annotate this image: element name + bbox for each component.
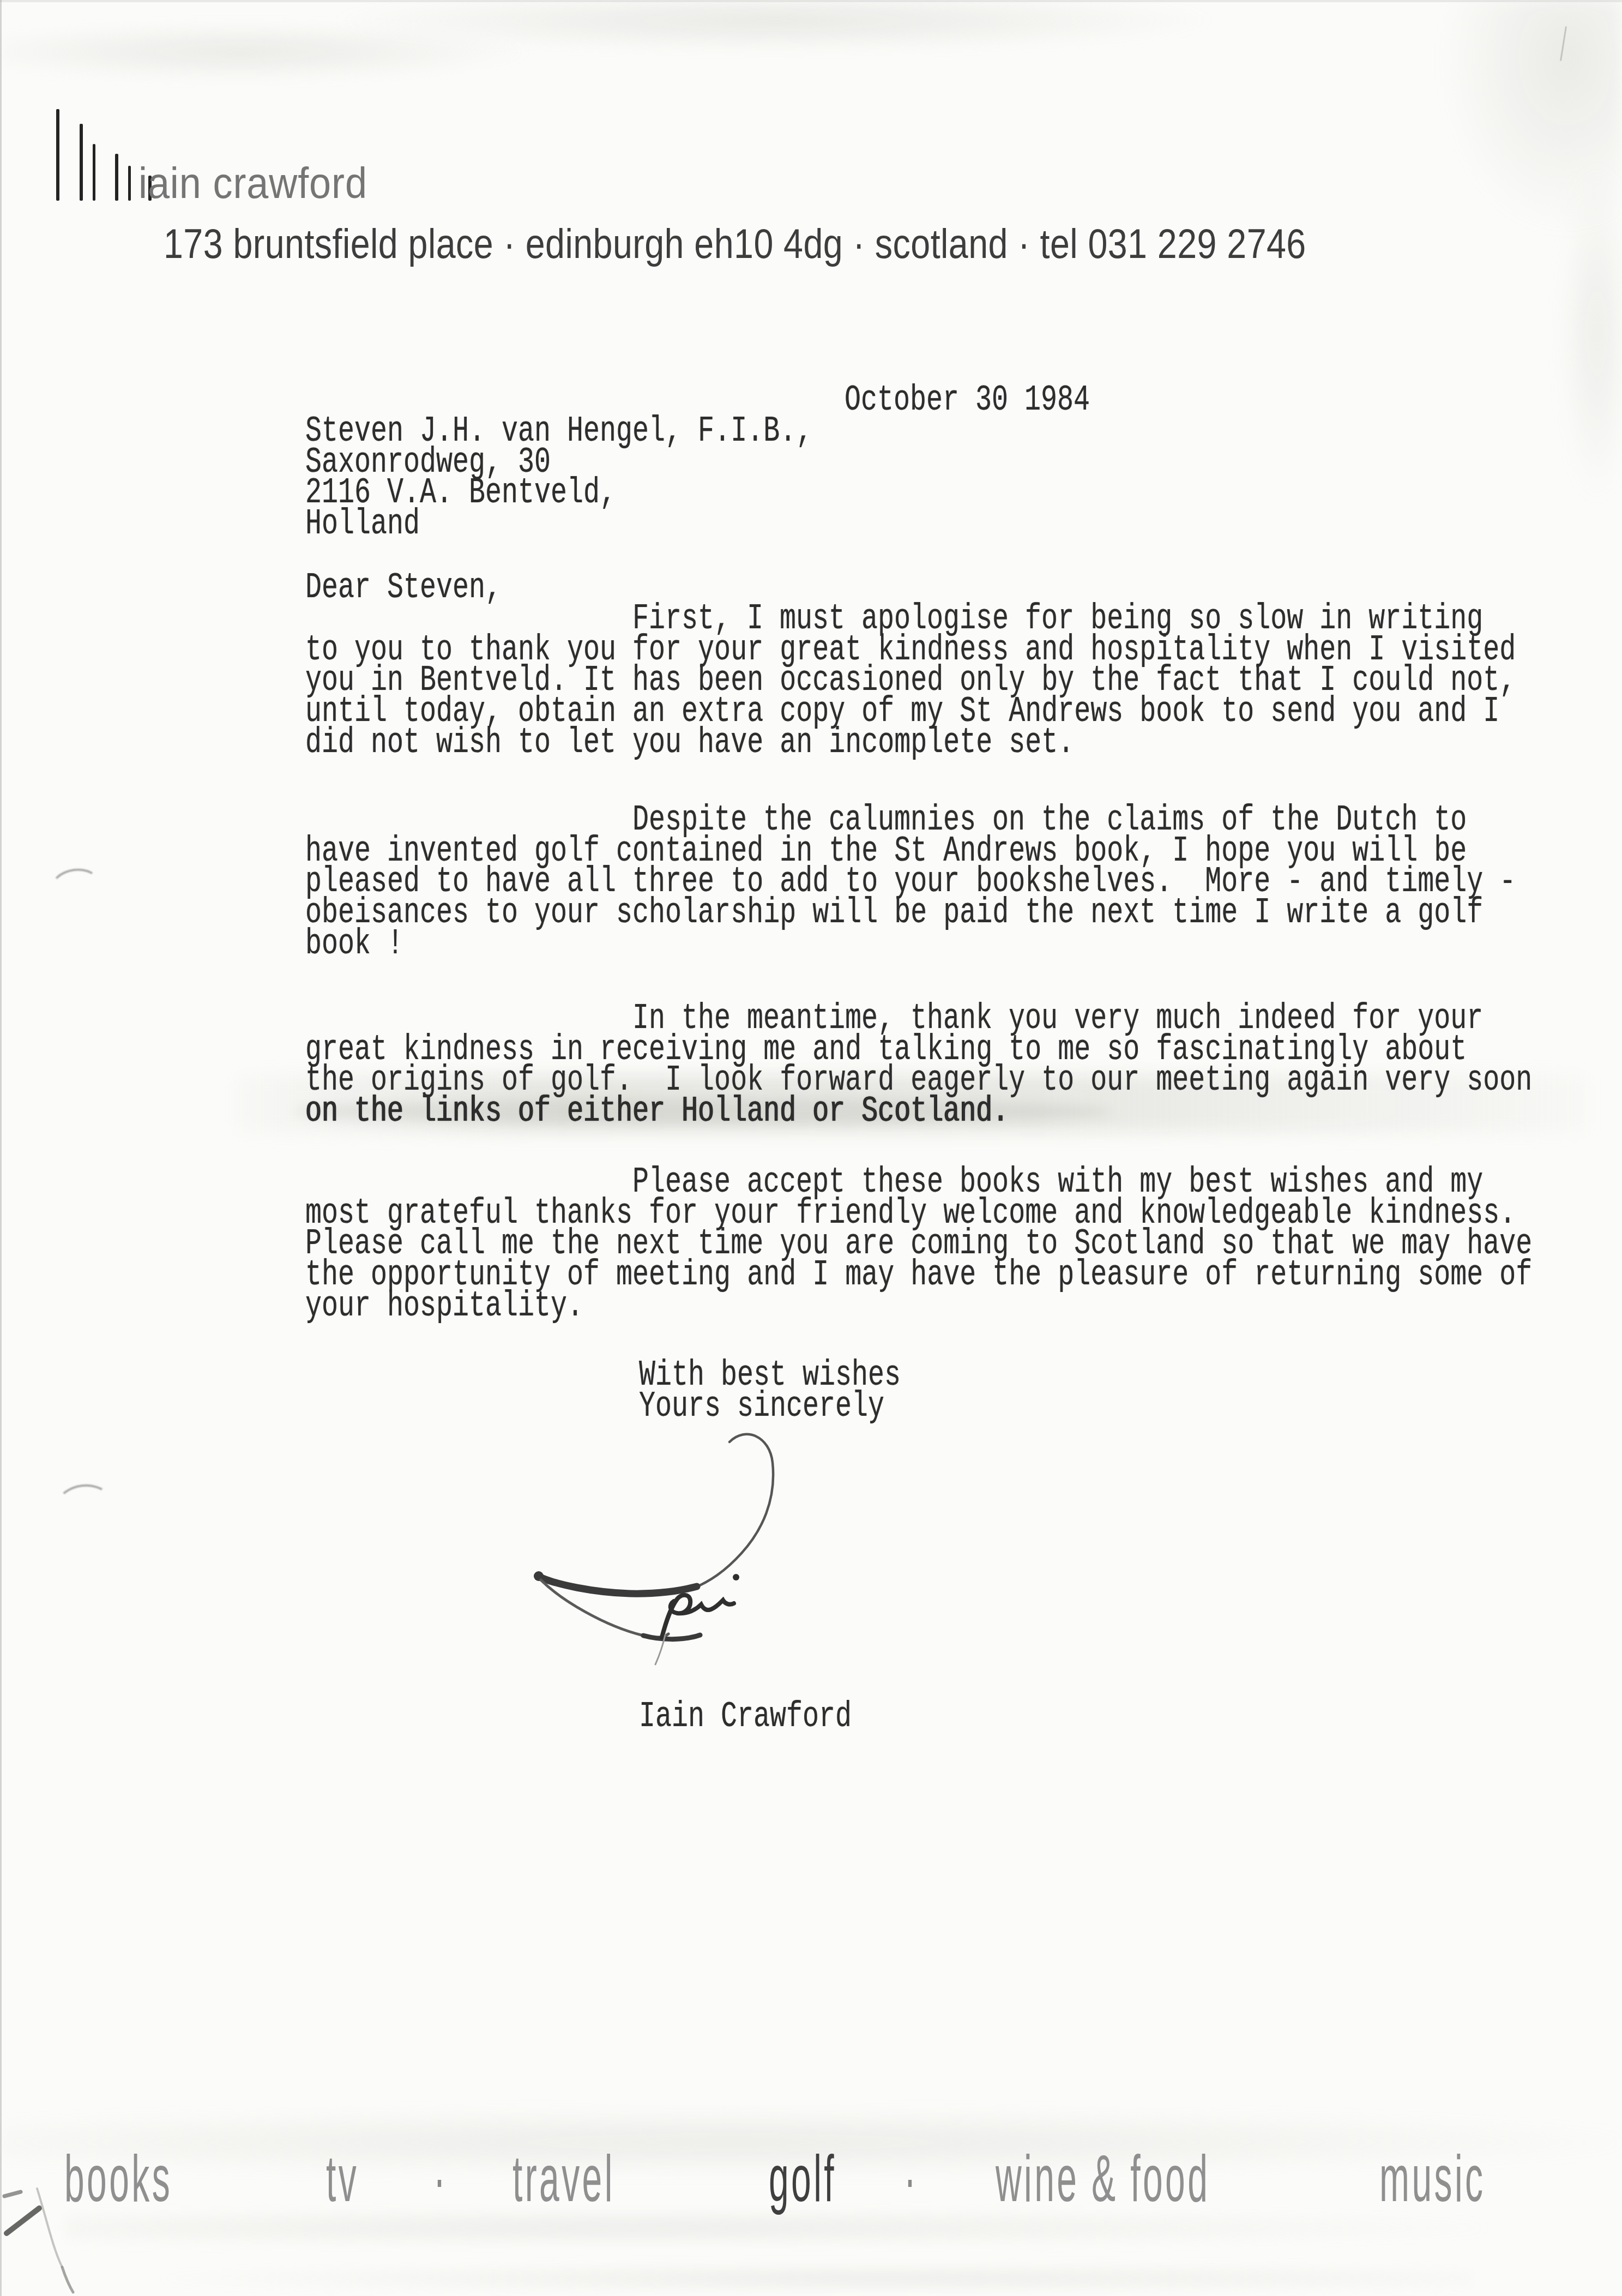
paragraph-4: Please accept these books with my best w…: [305, 1167, 1532, 1322]
footer-item-wine-and-food: wine & food: [996, 2146, 1210, 2211]
letter-page: iain crawford 173 bruntsfield place · ed…: [0, 0, 1622, 2296]
page-edge-shadow-left: [0, 0, 2, 2296]
paragraph-2: Despite the calumnies on the claims of t…: [305, 805, 1516, 960]
footer-item-golf: golf: [769, 2146, 836, 2211]
scan-smudge: [1439, 0, 1622, 235]
letterhead-name: iain crawford: [138, 161, 367, 205]
signed-name: Iain Crawford: [639, 1702, 852, 1733]
letterhead-address: 173 bruntsfield place · edinburgh eh10 4…: [164, 224, 1306, 265]
pen-mark: [0, 2173, 76, 2296]
text-line: obeisances to your scholarship will be p…: [305, 898, 1516, 929]
logo-bar: [93, 144, 95, 201]
scan-smudge: [1559, 164, 1622, 502]
logo-bar: [128, 166, 131, 201]
salutation: Dear Steven,: [305, 573, 502, 604]
footer-item-music: music: [1379, 2146, 1485, 2211]
scan-smudge: [0, 22, 534, 82]
footer-separator-dot: ·: [904, 2146, 918, 2211]
footer-item-books: books: [64, 2146, 172, 2211]
footer-item-travel: travel: [512, 2146, 615, 2211]
paragraph-3: In the meantime, thank you very much ind…: [305, 1003, 1532, 1127]
logo-bar: [56, 109, 59, 201]
text-line: Yours sincerely: [639, 1391, 901, 1422]
scan-scratch: [1560, 26, 1567, 61]
logo-bar: [115, 154, 118, 201]
scan-arc-mark: [56, 1482, 112, 1522]
scan-arc-mark: [49, 865, 103, 908]
logo-bar: [80, 124, 83, 201]
closing-block: With best wishesYours sincerely: [639, 1360, 901, 1422]
scan-smudge: [338, 0, 1210, 52]
signature-scribble: [507, 1418, 791, 1669]
footer-item-tv: tv: [326, 2146, 359, 2211]
paragraph-1: First, I must apologise for being so slo…: [305, 604, 1516, 759]
date-line: October 30 1984: [845, 385, 1090, 416]
page-edge-shadow-top: [0, 0, 1622, 2]
recipient-address: Steven J.H. van Hengel, F.I.B.,Saxonrodw…: [305, 416, 812, 540]
footer-separator-dot: ·: [433, 2146, 448, 2211]
scan-smudge: [164, 2263, 1472, 2293]
